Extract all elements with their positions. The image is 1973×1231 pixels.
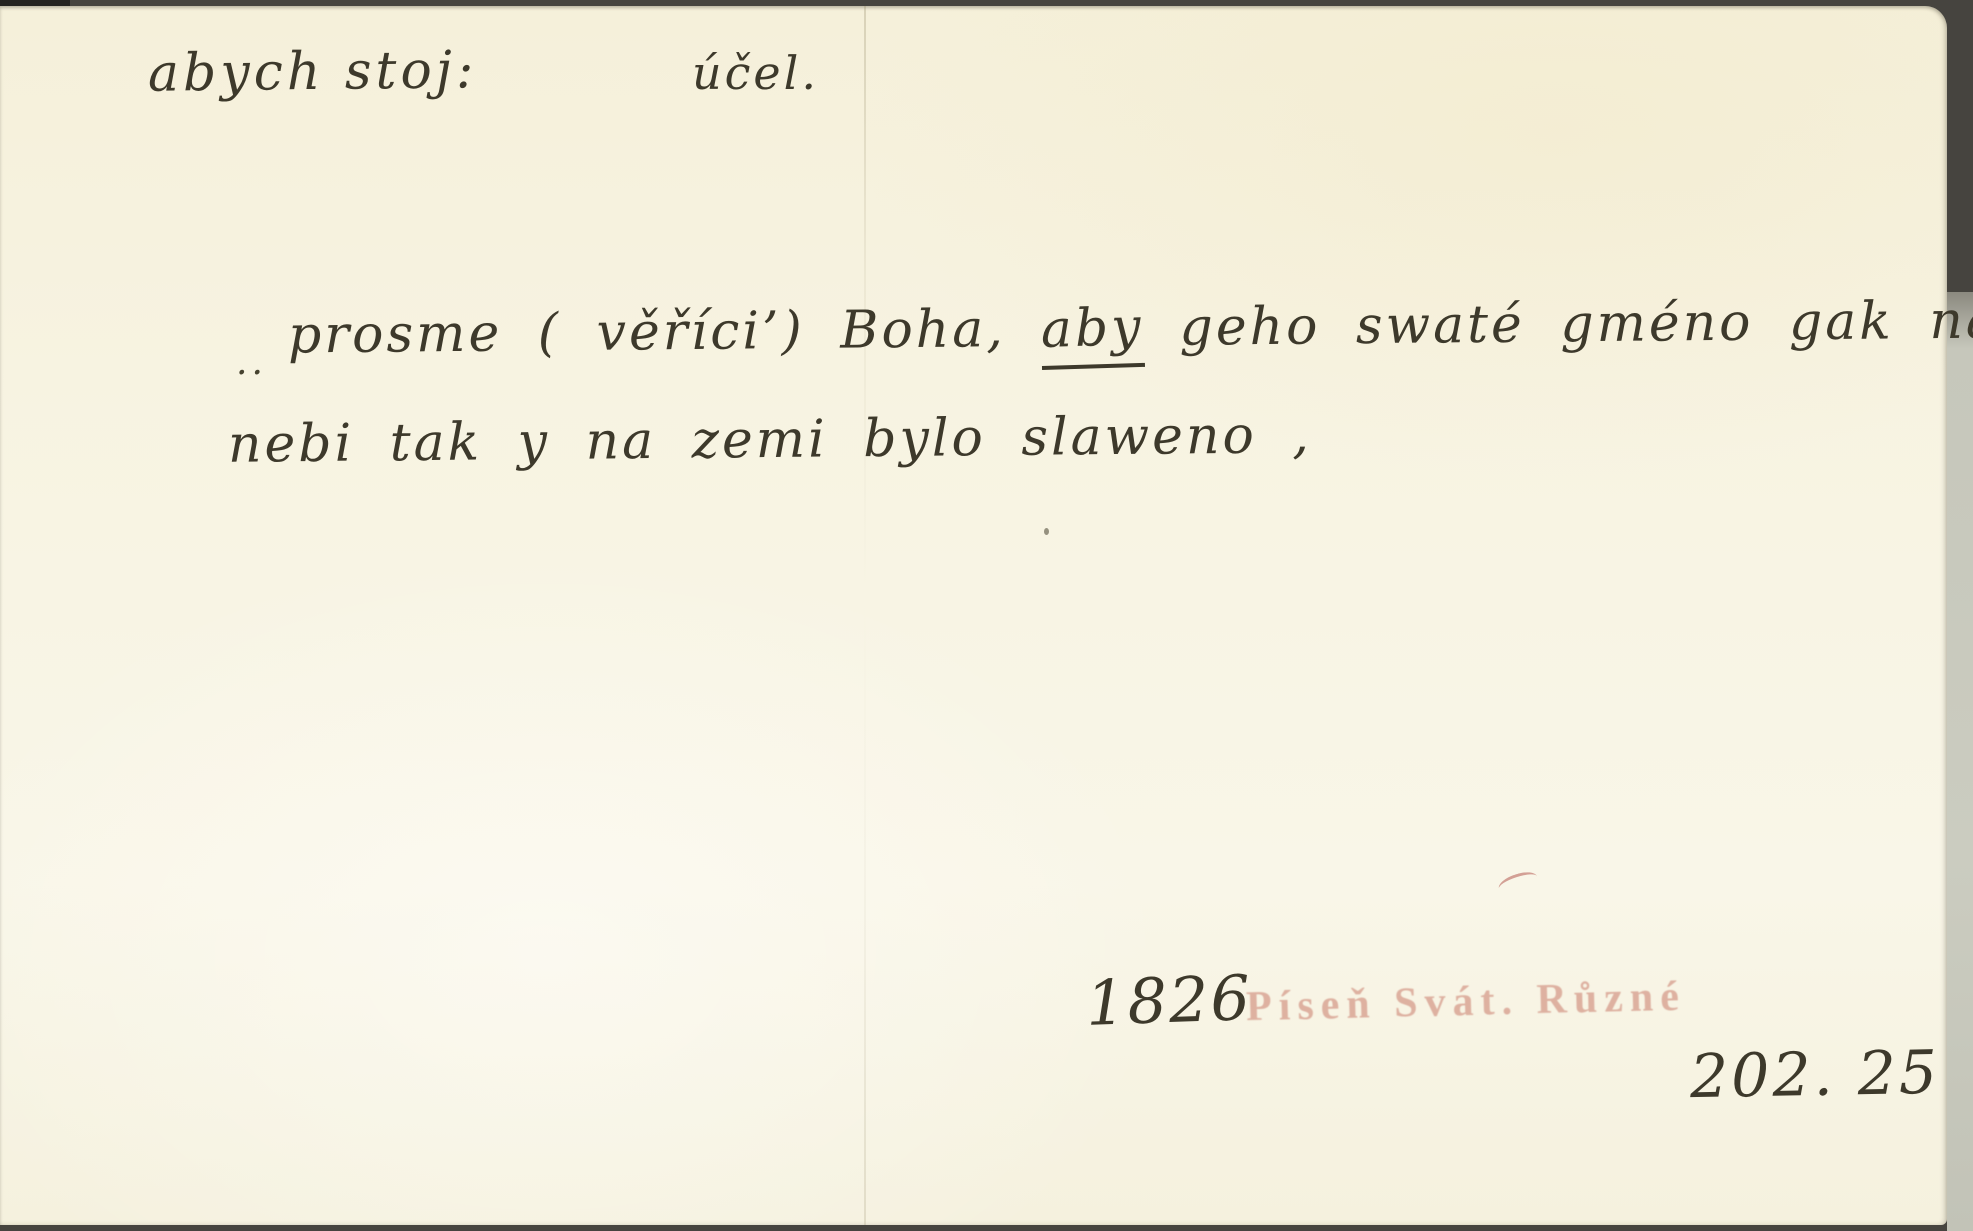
under-card-edge <box>1947 292 1973 1231</box>
header-note-right: účel. <box>692 46 819 100</box>
archive-stamp: Píseň Svát. Různé <box>1245 973 1686 1032</box>
catalog-number: 202. 25 <box>1689 1038 1940 1112</box>
body-line-1-prefix: prosme ( věříci’) Boha, <box>288 299 1042 366</box>
year-annotation: 1826 <box>1085 961 1253 1040</box>
faint-red-mark <box>1496 868 1539 897</box>
body-line-1-suffix: geho swaté gméno gak na <box>1144 291 1973 358</box>
ditto-mark: .. <box>236 342 267 383</box>
ink-speck <box>1044 528 1049 535</box>
body-line-1: prosme ( věříci’) Boha, aby geho swaté g… <box>288 291 1973 376</box>
body-line-2: nebi tak y na zemi bylo slaweno , <box>228 405 1312 474</box>
body-line-1-underlined-word: aby <box>1040 297 1145 370</box>
fold-crease <box>864 6 866 1225</box>
header-note-left: abych stoj: <box>148 40 478 103</box>
photo-backdrop: abych stoj: účel. .. prosme ( věříci’) B… <box>0 0 1973 1231</box>
manuscript-card: abych stoj: účel. .. prosme ( věříci’) B… <box>0 6 1947 1225</box>
